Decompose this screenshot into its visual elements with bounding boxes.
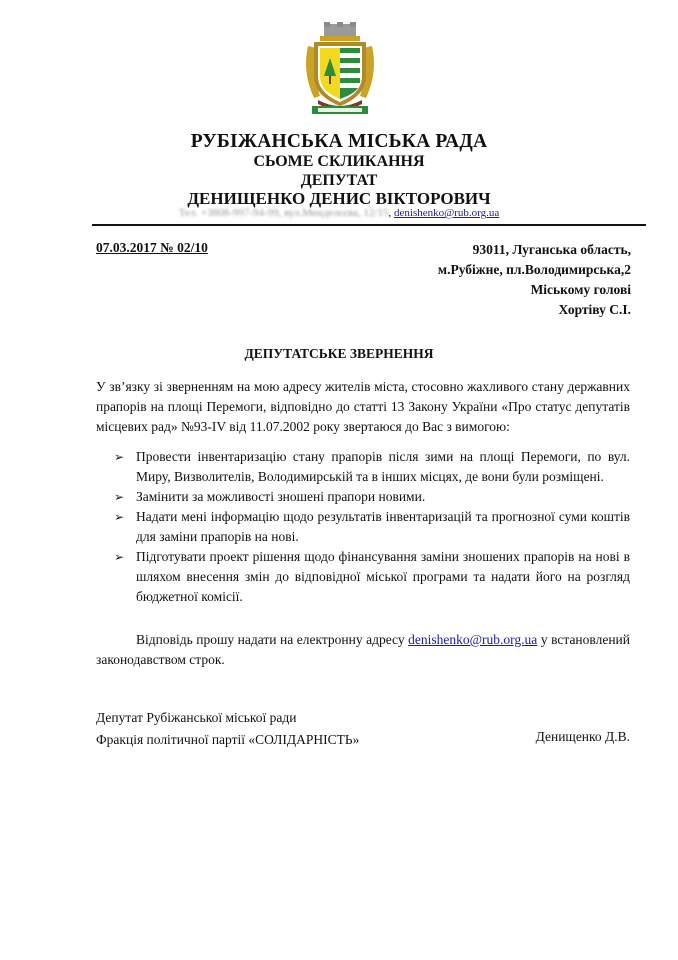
request-item: ➢Провести інвентаризацію стану прапорів …: [96, 447, 630, 487]
requests-list: ➢Провести інвентаризацію стану прапорів …: [96, 447, 630, 607]
request-item: ➢Підготувати проект рішення щодо фінансу…: [96, 547, 630, 607]
deputy-role: ДЕПУТАТ: [0, 172, 678, 190]
addressee-line: Хортіву С.І.: [438, 300, 631, 320]
signature-position-line: Депутат Рубіжанської міської ради: [96, 707, 359, 729]
closing-email-link[interactable]: denishenko@rub.org.ua: [408, 632, 537, 647]
signature-position-line: Фракція політичної партії «СОЛІДАРНІСТЬ»: [96, 729, 359, 751]
arrow-bullet-icon: ➢: [114, 507, 124, 527]
arrow-bullet-icon: ➢: [114, 487, 124, 507]
signer-name: Денищенко Д.В.: [536, 729, 630, 745]
city-coat-of-arms-icon: [300, 22, 380, 118]
arrow-bullet-icon: ➢: [114, 447, 124, 467]
council-name: РУБІЖАНСЬКА МІСЬКА РАДА: [0, 131, 678, 153]
deputy-name: ДЕНИЩЕНКО ДЕНИС ВІКТОРОВИЧ: [0, 189, 678, 209]
reference-date-number: 07.03.2017 № 02/10: [96, 240, 208, 256]
header-divider: [92, 224, 646, 226]
intro-paragraph: У зв’язку зі зверненням на мою адресу жи…: [96, 377, 630, 437]
document-title: ДЕПУТАТСЬКЕ ЗВЕРНЕННЯ: [0, 346, 678, 362]
request-item: ➢Надати мені інформацію щодо результатів…: [96, 507, 630, 547]
closing-paragraph: Відповідь прошу надати на електронну адр…: [96, 630, 630, 670]
addressee-line: Міському голові: [438, 280, 631, 300]
arrow-bullet-icon: ➢: [114, 547, 124, 567]
addressee-block: 93011, Луганська область, м.Рубіжне, пл.…: [438, 240, 631, 320]
convocation: СЬОМЕ СКЛИКАННЯ: [0, 153, 678, 171]
addressee-line: м.Рубіжне, пл.Володимирська,2: [438, 260, 631, 280]
header-email-link[interactable]: denishenko@rub.org.ua: [394, 207, 499, 219]
contact-blurred: Тел. +3808-997-94-99, вул.Менделєєва, 12…: [179, 207, 389, 219]
request-item: ➢Замінити за можливості зношені прапори …: [96, 487, 630, 507]
addressee-line: 93011, Луганська область,: [438, 240, 631, 260]
signature-position: Депутат Рубіжанської міської ради Фракці…: [96, 707, 359, 751]
contact-line: Тел. +3808-997-94-99, вул.Менделєєва, 12…: [0, 207, 678, 219]
